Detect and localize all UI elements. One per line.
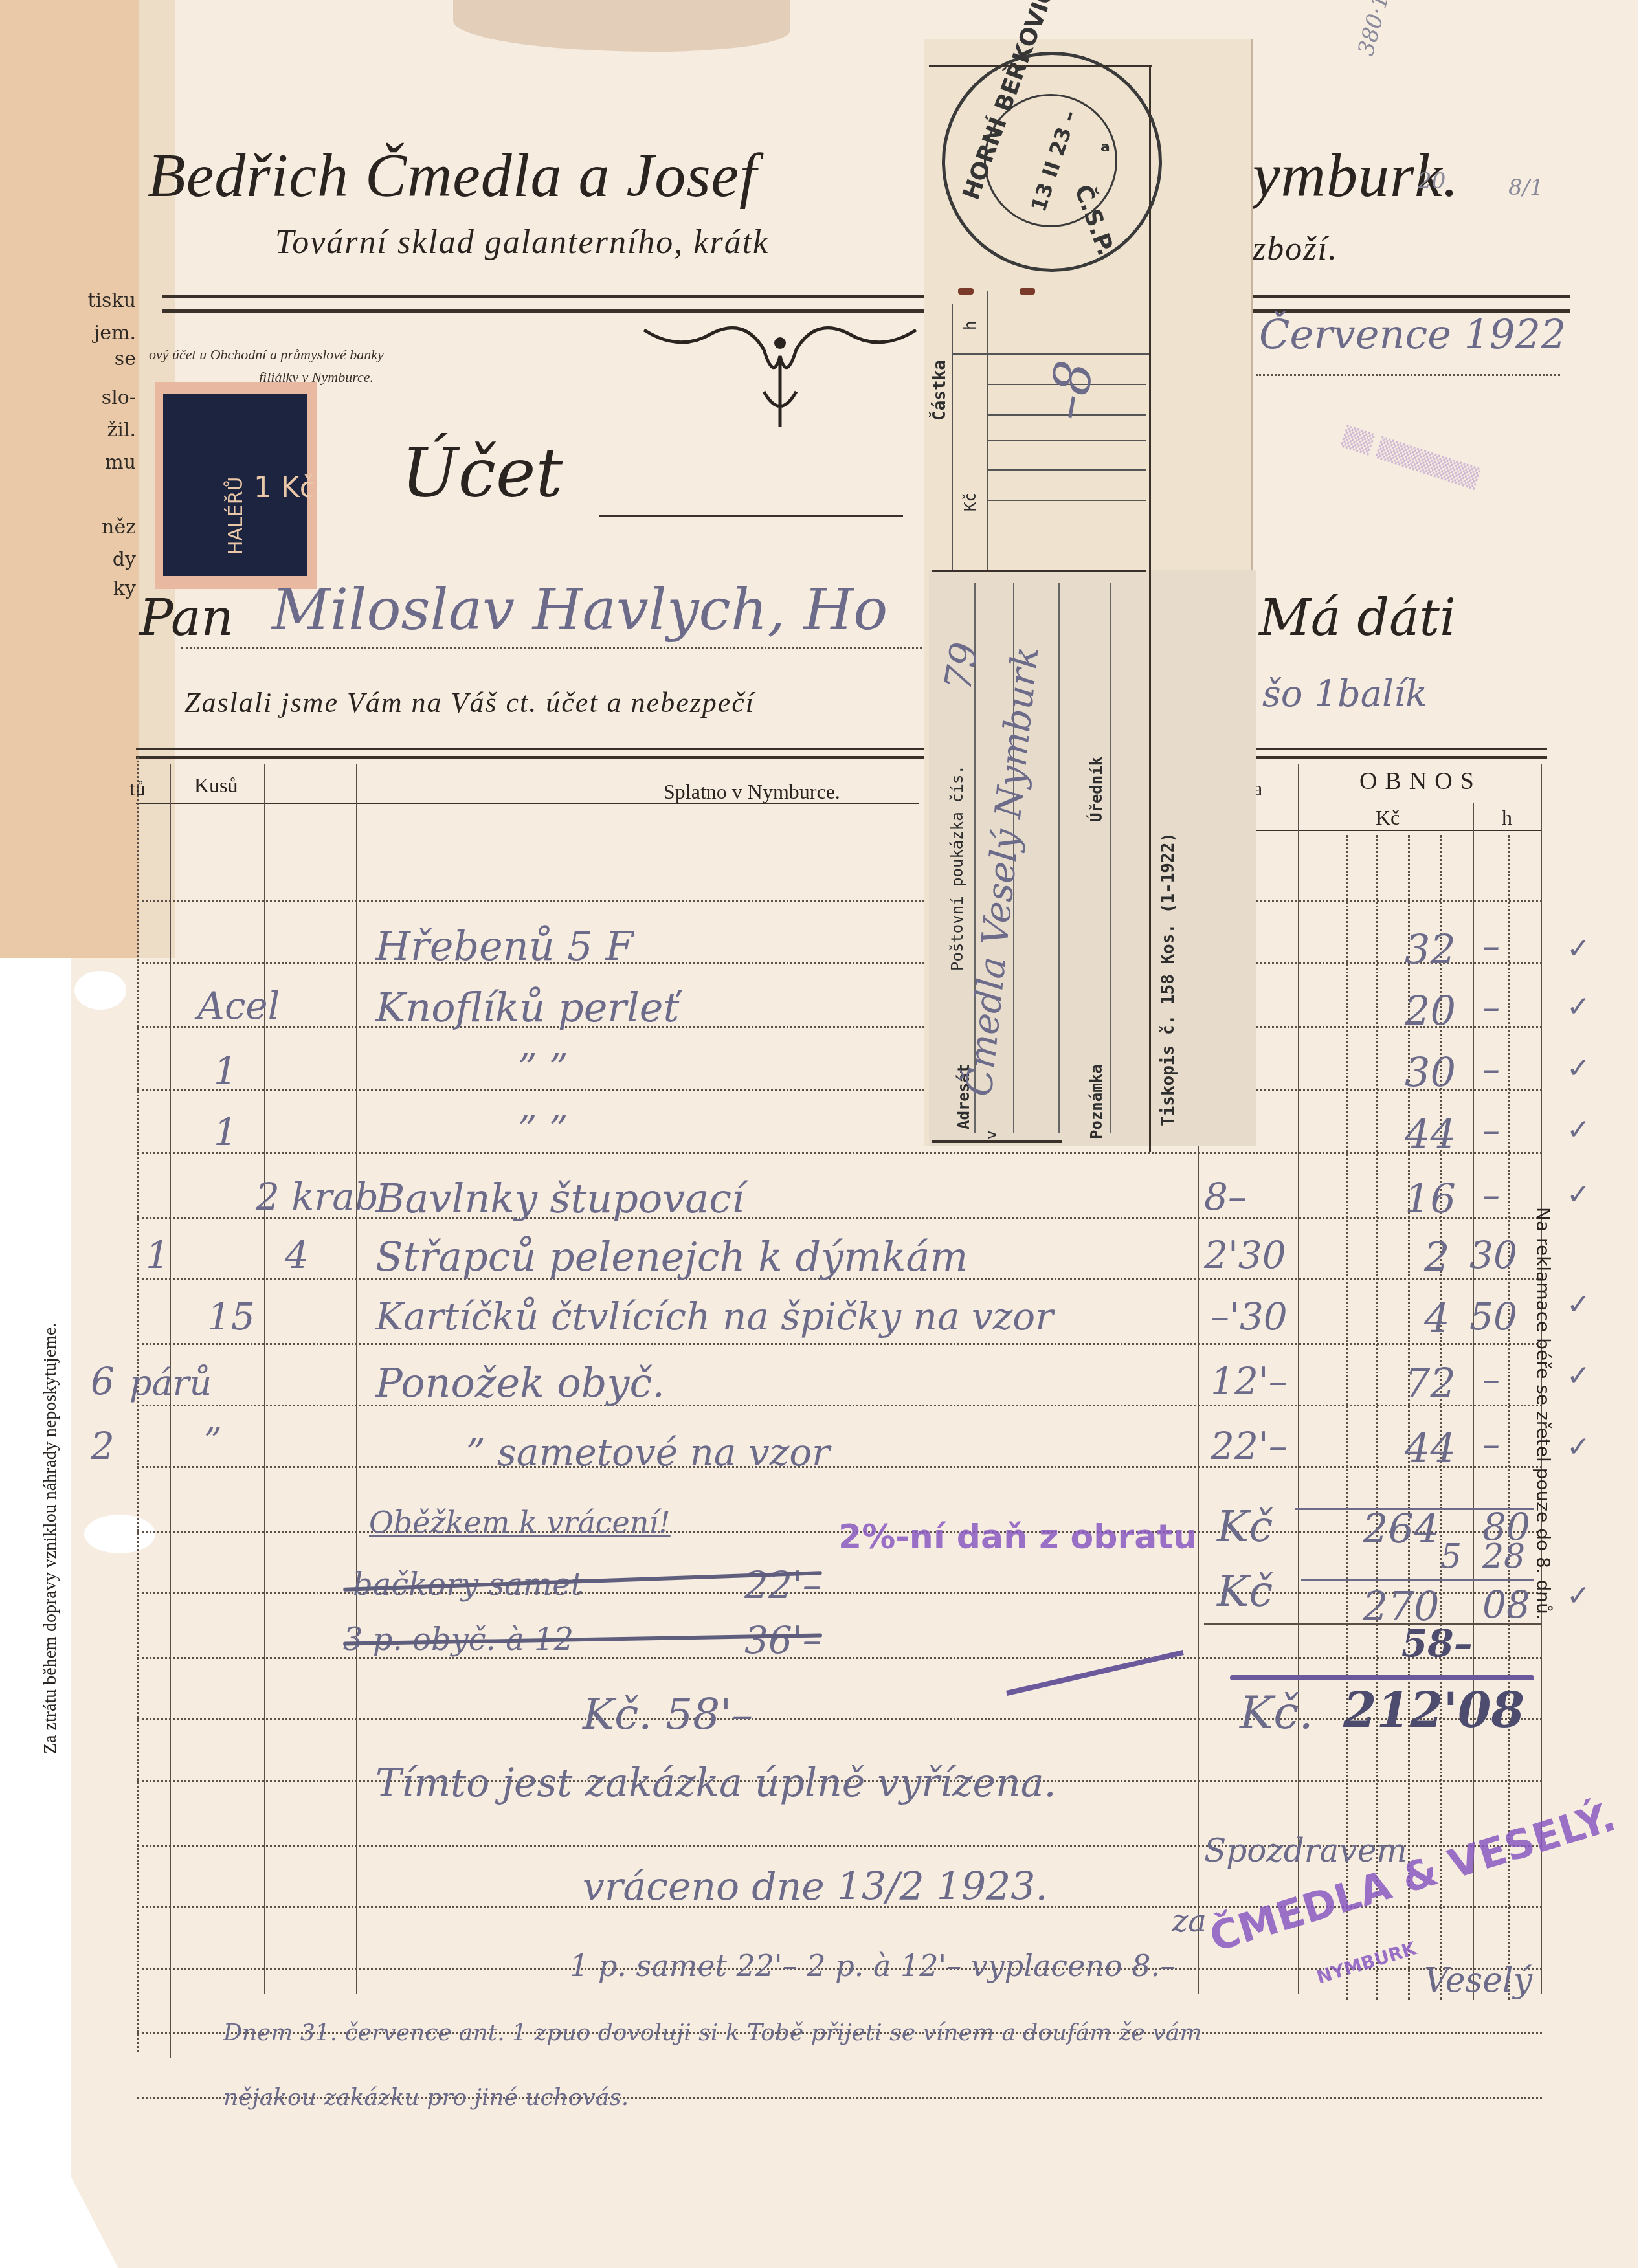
signature-prefix: za [1172, 1903, 1207, 1939]
col-header-description: Splatno v Nymburce. [664, 780, 840, 804]
paper-hole [74, 971, 126, 1010]
item-description: ” sametové na vzor [466, 1430, 830, 1474]
final-rule [1230, 1675, 1534, 1680]
col-line [356, 764, 357, 1994]
check-mark-icon: ✓ [1567, 1579, 1591, 1612]
total-double-rule [1204, 1623, 1541, 1625]
archive-note: 20 [1418, 168, 1445, 194]
final-total-label: Kč. [1240, 1686, 1313, 1739]
coupon-line [1058, 583, 1060, 1133]
recipient-prefix: Pan [139, 589, 234, 647]
item-h: – [1482, 1359, 1500, 1400]
col-header-kusu: Kusů [194, 773, 238, 797]
row-line [137, 900, 1542, 902]
table-top-rule [136, 756, 1547, 759]
item-kc: 44 [1405, 1110, 1456, 1157]
shipment-note: šo 1balík [1262, 673, 1427, 715]
item-kc: 30 [1405, 1049, 1456, 1096]
tax-kc: 5 [1440, 1537, 1462, 1576]
item-qty: 6 [91, 1359, 115, 1403]
coupon-line [952, 353, 1149, 355]
back-word: něz [0, 511, 136, 544]
col-line [1473, 803, 1474, 2000]
order-settled-note: Tímto jest zakázka úplně vyřízena. [375, 1761, 1056, 1806]
coupon-line [987, 291, 988, 570]
coupon-line [1110, 583, 1111, 1133]
note-label: Poznámka [1088, 1064, 1106, 1139]
check-mark-icon: ✓ [1567, 1288, 1591, 1321]
item-description: Knoflíků perleť [375, 984, 679, 1031]
returned-item-amount: 36'– [744, 1618, 821, 1662]
item-description: Kartíčků čtvlících na špičky na vzor [375, 1295, 1053, 1339]
form-print-label: Tiskopis č. 158 Kos. (1-1922) [1159, 832, 1178, 1126]
check-mark-icon: ✓ [1567, 1359, 1591, 1392]
item-unit: Acel [197, 984, 280, 1028]
recipient-line [181, 647, 926, 649]
row-line [137, 1089, 1542, 1091]
item-description: Hřebenů 5 F [375, 922, 634, 970]
item-kc: 2 [1424, 1233, 1449, 1280]
invoice-date: Července 1922 [1259, 311, 1566, 358]
table-top-rule [136, 748, 1547, 750]
item-kc: 72 [1405, 1359, 1456, 1406]
turnover-tax-stamp: 2%-ní daň z obratu [838, 1518, 1197, 1557]
row-line [137, 1718, 1542, 1720]
coupon-line [987, 440, 1146, 441]
tax-h: 28 [1482, 1537, 1525, 1576]
header-bottom-rule [136, 803, 919, 804]
archive-note: 8/1 [1508, 175, 1544, 201]
col-line [170, 764, 171, 2058]
coupon-rule [932, 570, 1146, 572]
item-h: – [1482, 1424, 1500, 1465]
item-unit: 1 [214, 1049, 238, 1093]
item-qty: 2 [91, 1424, 115, 1468]
postmark-letter: a [1100, 139, 1110, 155]
item-h: 30 [1469, 1233, 1517, 1277]
item-h: – [1482, 1110, 1500, 1151]
col-header-kc: Kč [1376, 806, 1400, 830]
back-word: slo- [0, 382, 136, 414]
item-price: 22'– [1211, 1424, 1288, 1468]
returned-date-note: vráceno dne 13/2 1923. [583, 1864, 1048, 1909]
transport-disclaimer: Za ztrátu během dopravy vzniklou náhrady… [40, 1323, 61, 1754]
final-total: 212'08 [1343, 1683, 1524, 1739]
item-description: Ponožek obyč. [375, 1359, 665, 1406]
check-mark-icon: ✓ [1567, 1052, 1591, 1085]
title-underline [599, 515, 903, 517]
letter-line: nějakou zakázku pro jiné uchovás. [223, 2084, 629, 2111]
deduction-amount: 58– [1401, 1621, 1473, 1665]
total-label: Kč [1217, 1566, 1273, 1616]
clerk-label: Úředník [1088, 757, 1106, 822]
returns-sum: Kč. 58'– [583, 1689, 753, 1739]
item-description: ” ” [518, 1045, 568, 1089]
coupon-amount-label: Částka [930, 360, 950, 421]
col-line [1376, 835, 1378, 2000]
row-line [137, 1152, 1542, 1154]
item-price: 2'30 [1204, 1233, 1286, 1277]
row-line [137, 1405, 1542, 1406]
ma-dati-label: Má dáti [1259, 589, 1456, 647]
money-order-label: Poštovní poukázka čís. [948, 765, 966, 971]
coupon-rule [929, 65, 1152, 67]
staple [958, 288, 974, 295]
recipient-name: Miloslav Havlych, Ho [272, 576, 887, 643]
revenue-stamp-face: HALÉŘŮ 1 Kč [163, 394, 307, 576]
subtotal-label: Kč [1217, 1502, 1273, 1551]
item-kc: 32 [1405, 926, 1456, 973]
back-page-fold [0, 0, 144, 958]
check-mark-icon: ✓ [1567, 990, 1591, 1023]
check-mark-icon: ✓ [1567, 1178, 1591, 1211]
money-order-number: 79 [935, 639, 987, 693]
paper-hole [84, 1515, 155, 1553]
check-mark-icon: ✓ [1567, 1113, 1591, 1146]
returned-detail-note: 1 p. samet 22'– 2 p. à 12'– vyplaceno 8.… [570, 1948, 1175, 1983]
row-line [137, 1466, 1542, 1468]
item-description: Bavlnky štupovací [375, 1175, 744, 1222]
item-kc: 44 [1405, 1424, 1456, 1471]
coupon-line [952, 304, 953, 570]
bank-line-1: ový účet u Obchodní a průmyslové banky [149, 346, 384, 363]
coupon-rule [932, 1140, 1062, 1143]
row-line [137, 1026, 1542, 1028]
item-price: 8– [1204, 1175, 1247, 1219]
item-h: – [1482, 987, 1500, 1028]
item-kc: 4 [1424, 1295, 1449, 1342]
item-h: – [1482, 1175, 1500, 1216]
col-header-h: h [1502, 806, 1512, 830]
check-mark-icon: ✓ [1567, 1430, 1591, 1463]
row-line [137, 962, 1542, 964]
item-price: 12'– [1211, 1359, 1288, 1403]
item-h: – [1482, 1049, 1500, 1089]
back-word: se [0, 343, 136, 375]
back-word: tisku [0, 285, 136, 317]
item-unit: ” [204, 1421, 222, 1462]
col-header-obnos: OBNOS [1359, 767, 1482, 795]
item-description: ” ” [518, 1107, 568, 1151]
item-unit: 1 [214, 1110, 238, 1154]
date-line [1256, 374, 1560, 376]
col-line [1346, 835, 1348, 2000]
item-price: –'30 [1211, 1295, 1288, 1339]
item-h: 50 [1469, 1295, 1517, 1339]
subtotal-kc: 264 [1363, 1505, 1439, 1552]
firm-name-left: Bedřich Čmedla a Josef [148, 139, 757, 211]
back-word: dy [0, 544, 136, 576]
firm-subtitle-right: zboží. [1253, 230, 1338, 268]
item-unit: párů [129, 1362, 212, 1403]
coupon-h-label: h [961, 321, 979, 330]
signature: Veselý [1424, 1961, 1532, 2000]
addressee-in-label: v [984, 1131, 1000, 1139]
item-unit: 2 krab [256, 1175, 379, 1219]
row-line [137, 1592, 1542, 1594]
back-word: žil. [0, 414, 136, 447]
total-rule [1301, 1579, 1534, 1581]
item-qty: 1 [146, 1233, 170, 1277]
coupon-line [987, 469, 1146, 471]
back-word: mu [0, 447, 136, 479]
coupon-amount: –8 [1036, 356, 1105, 425]
coupon-rule [1149, 65, 1151, 1152]
letter-line: Dnem 31. července ant. 1 zpuo dovoluji s… [223, 2019, 1201, 2046]
complaints-disclaimer: Na reklamace béře se zřetel pouze do 8. … [1532, 1207, 1554, 1620]
item-unit: 4 [285, 1233, 309, 1277]
item-unit: 15 [207, 1295, 255, 1339]
coupon-kc-label: Kč [961, 493, 979, 511]
firm-subtitle-left: Tovární sklad galanterního, krátk [275, 223, 769, 261]
returned-item-amount: 22'– [744, 1563, 821, 1607]
row-line [137, 1343, 1542, 1345]
revenue-stamp-text: HALÉŘŮ [225, 476, 247, 555]
total-h: 08 [1482, 1583, 1530, 1627]
shipment-line: Zaslali jsme Vám na Váš ct. účet a nebez… [184, 686, 755, 719]
revenue-stamp-value: 1 Kč [254, 471, 315, 504]
col-line [1298, 764, 1299, 1994]
back-word: ky [0, 573, 136, 605]
coupon-line [987, 500, 1146, 501]
item-h: – [1482, 926, 1500, 966]
item-kc: 20 [1405, 987, 1456, 1034]
item-kc: 16 [1405, 1175, 1456, 1222]
item-description: Střapců pelenejch k dýmkám [375, 1233, 968, 1280]
check-mark-icon: ✓ [1567, 932, 1591, 965]
invoice-title: Účet [401, 434, 563, 513]
header-rule [162, 295, 1570, 298]
returns-heading: Oběžkem k vrácení! [369, 1505, 671, 1540]
ornament [641, 317, 919, 434]
staple [1020, 288, 1035, 295]
col-line [264, 764, 265, 1994]
revenue-stamp: HALÉŘŮ 1 Kč [155, 382, 317, 589]
